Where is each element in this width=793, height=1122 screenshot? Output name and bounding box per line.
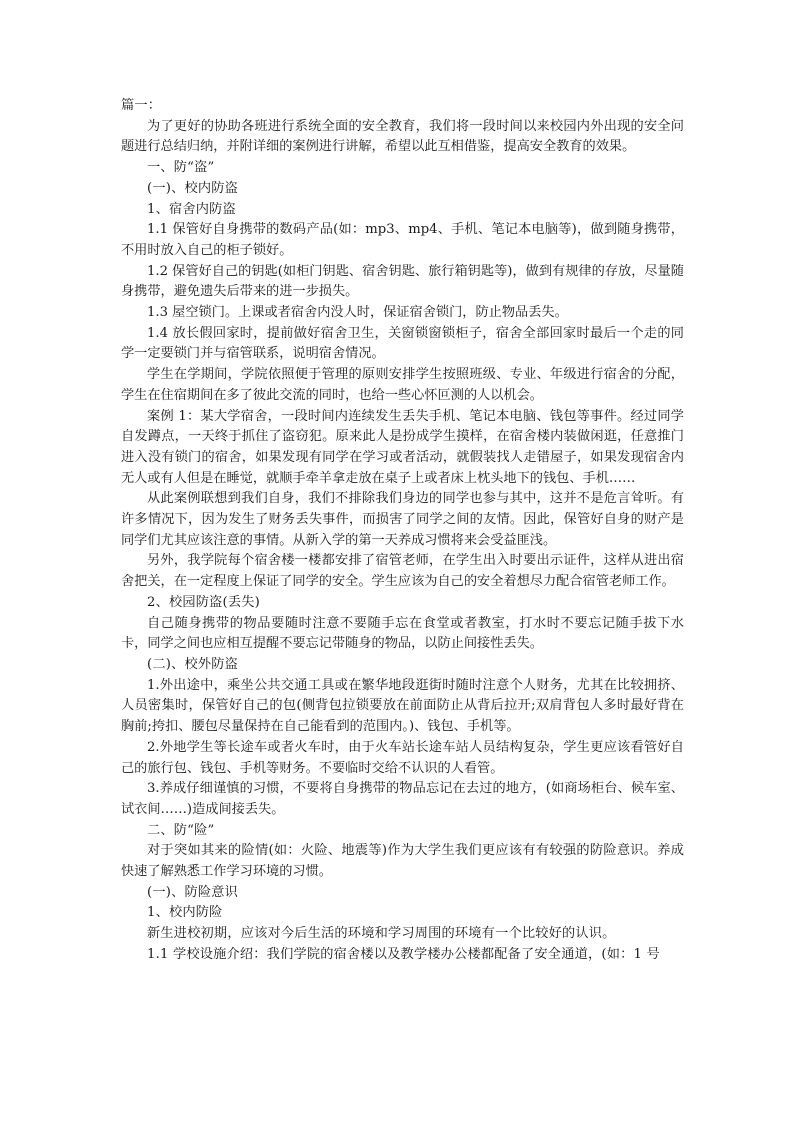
doc-heading: 篇一： [121, 96, 684, 117]
body-paragraph: 另外，我学院每个宿舍楼一楼都安排了宿管老师，在学生出入时要出示证件，这样从进出宿… [121, 551, 684, 592]
intro-paragraph: 为了更好的协助各班进行系统全面的安全教育，我们将一段时间以来校园内外出现的安全问… [121, 117, 684, 158]
point-paragraph: 1.2 保管好自己的钥匙(如柜门钥匙、宿舍钥匙、旅行箱钥匙等)，做到有规律的存放… [121, 262, 684, 303]
subsection-title: (一)、防险意识 [121, 883, 684, 904]
section-title: 一、防“盗” [121, 158, 684, 179]
point-paragraph: 3.养成仔细谨慎的习惯，不要将自身携带的物品忘记在去过的地方，(如商场柜台、候车… [121, 779, 684, 820]
point-paragraph: 1.1 保管好自身携带的数码产品(如：mp3、mp4、手机、笔记本电脑等)，做到… [121, 220, 684, 261]
item-title: 1、校内防险 [121, 903, 684, 924]
point-paragraph: 1.3 屋空锁门。上课或者宿舍内没人时，保证宿舍锁门，防止物品丢失。 [121, 303, 684, 324]
section-title: 二、防“险” [121, 821, 684, 842]
body-line: 新生进校初期，应该对今后生活的环境和学习周围的环境有一个比较好的认识。 [121, 924, 684, 945]
point-line: 1.1 学校设施介绍：我们学院的宿舍楼以及教学楼办公楼都配备了安全通道，(如：1… [121, 945, 684, 966]
body-paragraph: 学生在学期间，学院依照便于管理的原则安排学生按照班级、专业、年级进行宿舍的分配，… [121, 365, 684, 406]
subsection-title: (二)、校外防盗 [121, 655, 684, 676]
body-paragraph: 对于突如其来的险情(如：火险、地震等)作为大学生我们更应该有有较强的防险意识。养… [121, 841, 684, 882]
point-paragraph: 1.外出途中，乘坐公共交通工具或在繁华地段逛街时随时注意个人财务，尤其在比较拥挤… [121, 676, 684, 738]
body-paragraph: 自己随身携带的物品要随时注意不要随手忘在食堂或者教室，打水时不要忘记随手拔下水卡… [121, 614, 684, 655]
subsection-title: (一)、校内防盗 [121, 179, 684, 200]
item-title: 2、校园防盗(丢失) [121, 593, 684, 614]
point-paragraph: 2.外地学生等长途车或者火车时，由于火车站长途车站人员结构复杂，学生更应该看管好… [121, 738, 684, 779]
document-page: 篇一： 为了更好的协助各班进行系统全面的安全教育，我们将一段时间以来校园内外出现… [121, 96, 684, 966]
case-paragraph: 案例 1：某大学宿舍，一段时间内连续发生丢失手机、笔记本电脑、钱包等事件。经过同… [121, 407, 684, 490]
item-title: 1、宿舍内防盗 [121, 200, 684, 221]
point-paragraph: 1.4 放长假回家时，提前做好宿舍卫生，关窗锁窗锁柜子，宿舍全部回家时最后一个走… [121, 324, 684, 365]
body-paragraph: 从此案例联想到我们自身，我们不排除我们身边的同学也参与其中，这并不是危言耸听。有… [121, 489, 684, 551]
